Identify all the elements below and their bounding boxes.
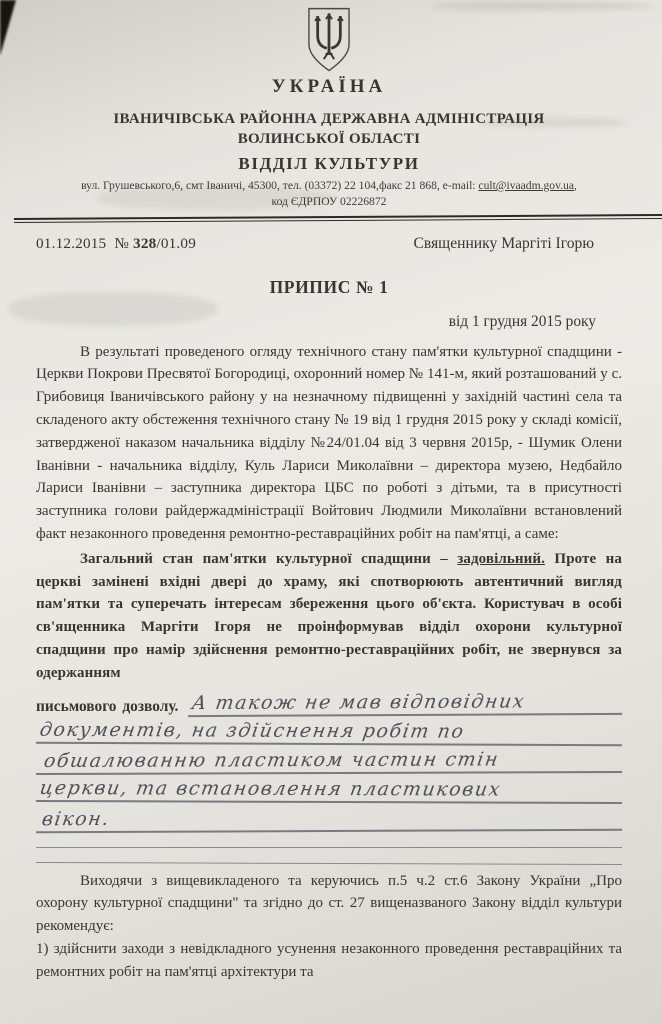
letterhead-divider xyxy=(14,214,662,223)
edrpou-code: код ЄДРПОУ 02226872 xyxy=(36,194,622,210)
handwritten-text: А також не мав відповідних xyxy=(191,690,528,714)
document-number-suffix: /01.09 xyxy=(156,235,196,252)
handwritten-line-1: А також не мав відповідних xyxy=(188,685,622,716)
scan-corner-artifact xyxy=(0,0,16,56)
paragraph-inspection-findings: В результаті проведеного огляду технічно… xyxy=(36,341,622,546)
number-label: № xyxy=(114,235,133,252)
email-address: cult@ivaadm.gov.ua xyxy=(478,179,574,192)
organization-name-line1: ІВАНИЧІВСЬКА РАЙОННА ДЕРЖАВНА АДМІНІСТРА… xyxy=(36,110,622,130)
handwritten-text: обшалюванню пластиком частин стін xyxy=(42,748,501,772)
handwritten-line-3: обшалюванню пластиком частин стін xyxy=(36,744,622,775)
handwritten-line-2: документів, на здійснення робіт по xyxy=(36,714,622,746)
document-page: УКРАЇНА ІВАНИЧІВСЬКА РАЙОННА ДЕРЖАВНА АД… xyxy=(0,0,662,984)
letterhead: УКРАЇНА ІВАНИЧІВСЬКА РАЙОННА ДЕРЖАВНА АД… xyxy=(36,6,622,211)
contact-info: вул. Грушевського,6, смт Іваничі, 45300,… xyxy=(36,178,622,211)
address-phone-fax: вул. Грушевського,6, смт Іваничі, 45300,… xyxy=(81,179,478,192)
handwritten-text: документів, на здійснення робіт по xyxy=(38,718,466,742)
document-date: 01.12.2015 xyxy=(36,235,106,252)
paragraph-condition-statement: Загальний стан пам'ятки культурної спадщ… xyxy=(36,548,622,685)
handwritten-text: церкви, та встановлення пластикових xyxy=(38,777,503,801)
address-tail: , xyxy=(574,179,577,192)
scanned-document: { "colors":{ "paper":"#e2e0da", "ink":"#… xyxy=(0,0,662,1024)
document-date-number: 01.12.2015 № 328/01.09 xyxy=(36,235,196,253)
organization-name-line2: ВОЛИНСЬКОЇ ОБЛАСТІ xyxy=(36,130,622,150)
handwritten-line-4: церкви, та встановлення пластикових xyxy=(36,773,622,804)
handwritten-line-5: вікон. xyxy=(36,801,622,833)
reference-row: 01.12.2015 № 328/01.09 Священнику Маргіт… xyxy=(36,235,622,253)
document-number: 328 xyxy=(133,235,156,252)
ruled-blank-line xyxy=(36,832,622,848)
ruled-blank-line xyxy=(36,847,622,865)
condition-rest: Проте на церкві замінені вхідні двері до… xyxy=(36,551,622,681)
handwritten-text: вікон. xyxy=(40,807,111,829)
condition-lead: Загальний стан пам'ятки культурної спадщ… xyxy=(80,551,457,567)
document-scan: УКРАЇНА ІВАНИЧІВСЬКА РАЙОННА ДЕРЖАВНА АД… xyxy=(0,0,662,1024)
condition-tail-row: письмового дозволу. А також не мав відпо… xyxy=(36,687,622,716)
condition-status-underlined: задовільний. xyxy=(457,551,545,567)
department-name: ВІДДІЛ КУЛЬТУРИ xyxy=(36,153,622,175)
document-title: ПРИПИС № 1 xyxy=(36,277,622,299)
document-dateline: від 1 грудня 2015 року xyxy=(36,313,622,331)
ukraine-trident-emblem-icon xyxy=(302,6,356,74)
condition-tail-text: письмового дозволу. xyxy=(36,698,188,716)
paragraph-legal-basis: Виходячи з вищевикладеного та керуючись … xyxy=(36,870,622,938)
paragraph-recommendation-1: 1) здійснити заходи з невідкладного усун… xyxy=(36,938,622,984)
addressee: Священнику Маргіті Ігорю xyxy=(413,235,594,253)
country-name: УКРАЇНА xyxy=(36,76,622,98)
